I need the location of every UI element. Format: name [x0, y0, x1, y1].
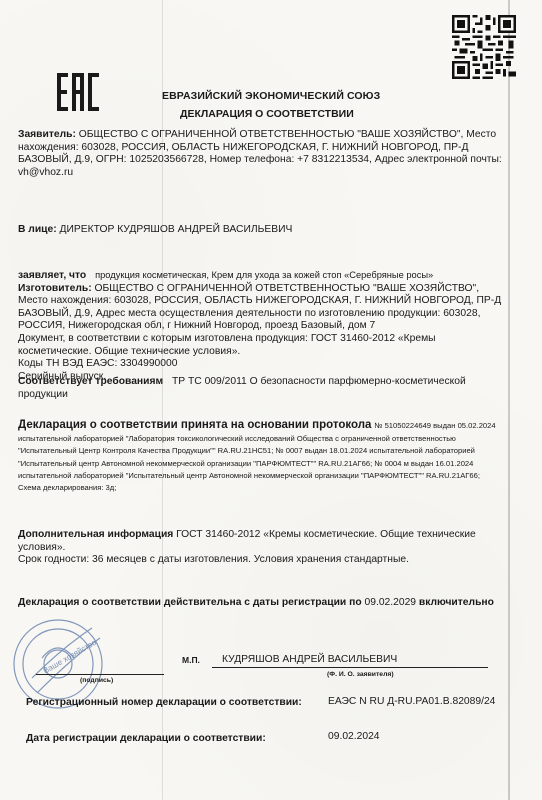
signature-line: [36, 674, 164, 675]
registration-number-label: Регистрационный номер декларации о соотв…: [26, 697, 302, 708]
name-line: [212, 667, 488, 668]
representative-text: ДИРЕКТОР КУДРЯШОВ АНДРЕЙ ВАСИЛЬЕВИЧ: [57, 224, 293, 235]
validity-label: Декларация о соответствии действительна …: [18, 597, 365, 608]
shelf-life: Срок годности: 36 месяцев с даты изготов…: [18, 554, 508, 567]
signatory-name: КУДРЯШОВ АНДРЕЙ ВАСИЛЬЕВИЧ: [222, 654, 397, 665]
representative-section: В лице: ДИРЕКТОР КУДРЯШОВ АНДРЕЙ ВАСИЛЬЕ…: [18, 224, 292, 237]
name-caption: (Ф. И. О. заявителя): [327, 671, 394, 678]
conformity-label: Соответствует требованиям: [18, 376, 163, 387]
declares-label: заявляет, что: [18, 270, 86, 281]
signature-caption: (подпись): [80, 677, 113, 684]
validity-date: 09.02.2029: [365, 597, 417, 608]
declaration-page: ЕВРАЗИЙСКИЙ ЭКОНОМИЧЕСКИЙ СОЮЗ ДЕКЛАРАЦИ…: [0, 0, 542, 800]
protocol-label: Декларация о соответствии принята на осн…: [18, 419, 371, 431]
validity-suffix: включительно: [416, 597, 494, 608]
union-heading: ЕВРАЗИЙСКИЙ ЭКОНОМИЧЕСКИЙ СОЮЗ: [162, 90, 380, 102]
representative-label: В лице:: [18, 224, 57, 235]
fold-line: [508, 0, 510, 800]
registration-date-label: Дата регистрации декларации о соответств…: [26, 733, 266, 744]
validity-line: Декларация о соответствии действительна …: [18, 597, 494, 610]
svg-text:Ваше хозяйство: Ваше хозяйство: [42, 637, 99, 675]
additional-info-section: Дополнительная информация ГОСТ 31460-201…: [18, 529, 508, 567]
manufacturer-label: Изготовитель:: [18, 283, 92, 294]
applicant-label: Заявитель:: [18, 129, 76, 140]
conformity-section: Соответствует требованиям ТР ТС 009/2011…: [18, 376, 508, 401]
applicant-text: ОБЩЕСТВО С ОГРАНИЧЕННОЙ ОТВЕТСТВЕННОСТЬЮ…: [18, 129, 502, 178]
declaration-scheme: Схема декларирования: 3д;: [18, 483, 508, 494]
eac-logo-icon: [57, 73, 99, 111]
protocol-section: Декларация о соответствии принята на осн…: [18, 419, 508, 493]
registration-number: ЕАЭС N RU Д-RU.РА01.В.82089/24: [328, 696, 495, 707]
additional-label: Дополнительная информация: [18, 529, 173, 540]
hs-codes: Коды ТН ВЭД ЕАЭС: 3304990000: [18, 358, 508, 371]
declaration-section: заявляет, что продукция косметическая, К…: [18, 269, 508, 383]
seal-place-label: М.П.: [182, 655, 200, 665]
standard-document: Документ, в соответствии с которым изгот…: [18, 333, 508, 358]
registration-date: 09.02.2024: [328, 731, 380, 742]
document-title: ДЕКЛАРАЦИЯ О СООТВЕТСТВИИ: [180, 108, 354, 120]
applicant-section: Заявитель: ОБЩЕСТВО С ОГРАНИЧЕННОЙ ОТВЕТ…: [18, 129, 508, 179]
product-text: продукция косметическая, Крем для ухода …: [95, 270, 433, 280]
qr-code-icon: [452, 15, 516, 79]
